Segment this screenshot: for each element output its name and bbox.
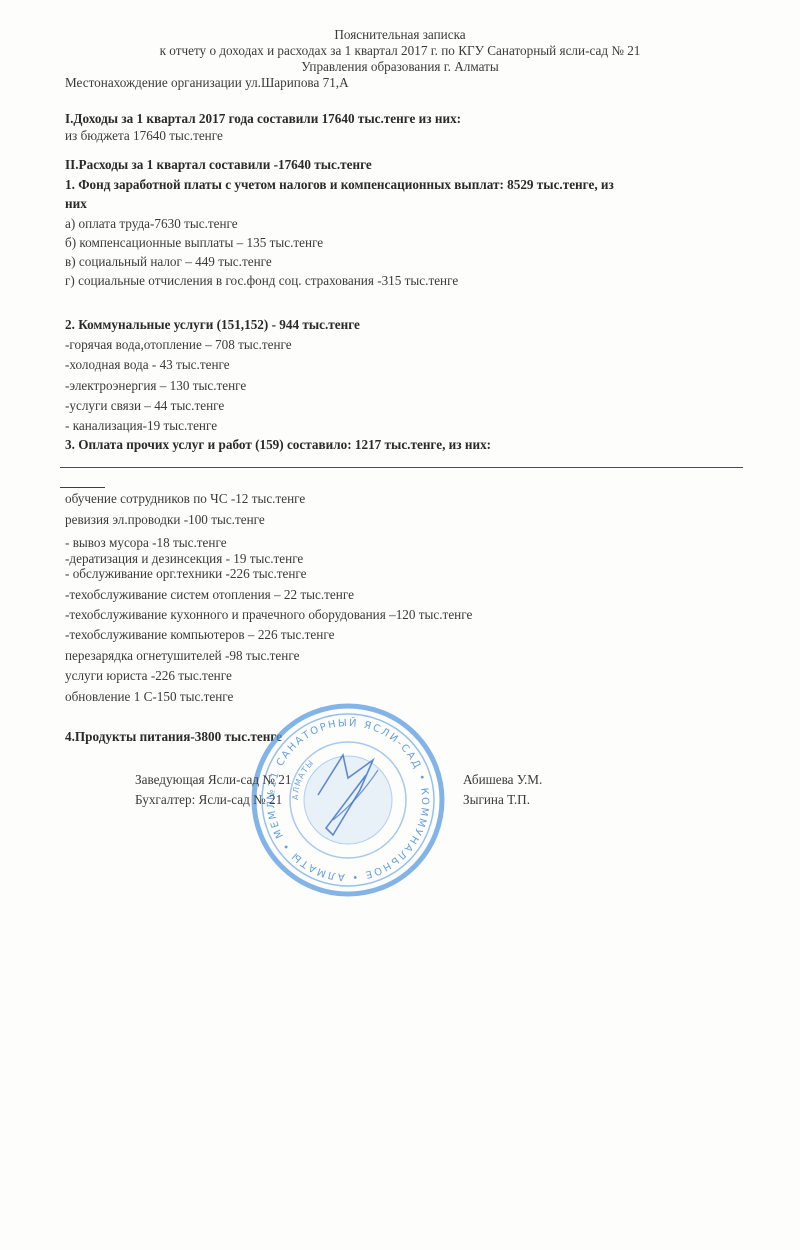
services-heading: 3. Оплата прочих услуг и работ (159) сос… [65,437,491,453]
payroll-heading-cont: них [65,196,87,212]
payroll-item: а) оплата труда-7630 тыс.тенге [65,216,238,232]
signature-role-accountant: Бухгалтер: Ясли-сад № 21 [135,792,282,808]
utilities-item: -услуги связи – 44 тыс.тенге [65,398,224,414]
utilities-item: - канализация-19 тыс.тенге [65,418,217,434]
signature-name-director: Абишева У.М. [463,772,542,788]
services-item: -техобслуживание компьютеров – 226 тыс.т… [65,627,334,643]
services-item: -дератизация и дезинсекция - 19 тыс.тенг… [65,551,303,567]
services-item: -техобслуживание кухонного и прачечного … [65,607,472,623]
organization-name: Управления образования г. Алматы [0,59,800,75]
document-subtitle: к отчету о доходах и расходах за 1 кварт… [0,43,800,59]
utilities-heading: 2. Коммунальные услуги (151,152) - 944 т… [65,317,360,333]
services-item: - обслуживание орг.техники -226 тыс.тенг… [65,566,307,582]
expenses-heading: II.Расходы за 1 квартал составили -17640… [65,157,372,173]
payroll-item: в) социальный налог – 449 тыс.тенге [65,254,272,270]
divider [60,467,743,468]
utilities-item: -холодная вода - 43 тыс.тенге [65,357,230,373]
footnote-separator [60,487,105,488]
services-item: услуги юриста -226 тыс.тенге [65,668,232,684]
services-item: - вывоз мусора -18 тыс.тенге [65,535,227,551]
payroll-heading: 1. Фонд заработной платы с учетом налого… [65,177,614,193]
payroll-item: г) социальные отчисления в гос.фонд соц.… [65,273,458,289]
utilities-item: -электроэнергия – 130 тыс.тенге [65,378,246,394]
services-item: ревизия эл.проводки -100 тыс.тенге [65,512,265,528]
services-item: обучение сотрудников по ЧС -12 тыс.тенге [65,491,305,507]
utilities-item: -горячая вода,отопление – 708 тыс.тенге [65,337,292,353]
income-heading: I.Доходы за 1 квартал 2017 года составил… [65,111,461,127]
payroll-item: б) компенсационные выплаты – 135 тыс.тен… [65,235,323,251]
signature-role-director: Заведующая Ясли-сад № 21 [135,772,291,788]
income-budget-line: из бюджета 17640 тыс.тенге [65,128,223,144]
services-item: обновление 1 С-150 тыс.тенге [65,689,233,705]
document-title: Пояснительная записка [0,27,800,43]
services-item: перезарядка огнетушителей -98 тыс.тенге [65,648,299,664]
services-item: -техобслуживание систем отопления – 22 т… [65,587,354,603]
organization-location: Местонахождение организации ул.Шарипова … [65,75,349,91]
signature-name-accountant: Зыгина Т.П. [463,792,530,808]
